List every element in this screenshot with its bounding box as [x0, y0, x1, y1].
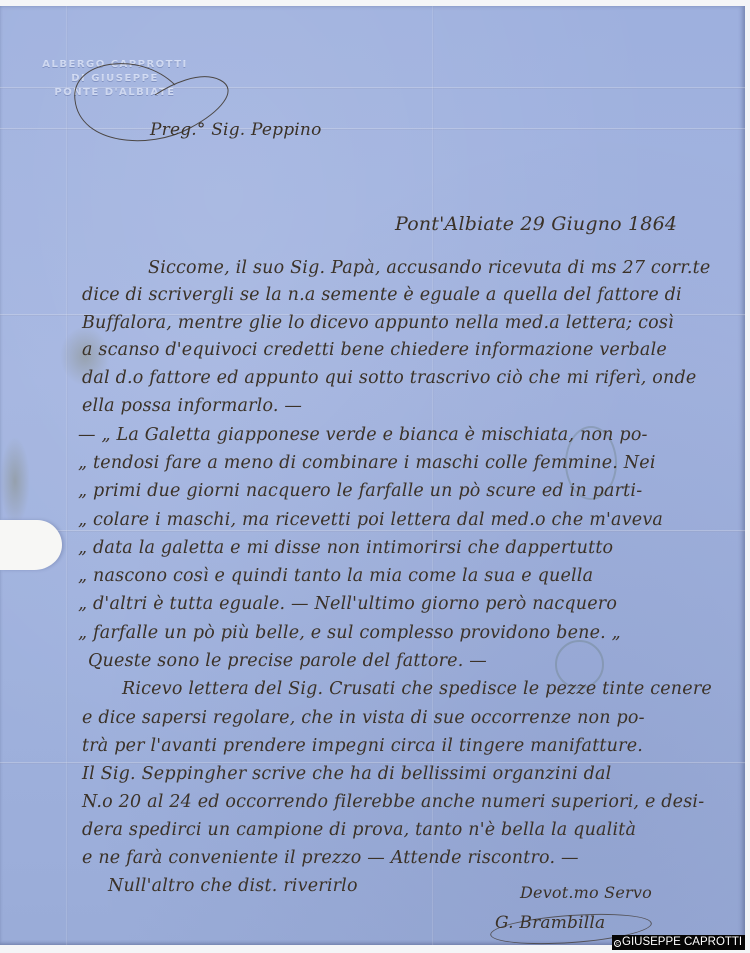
closing: Devot.mo Servo — [520, 883, 652, 902]
fold-crease — [0, 530, 745, 532]
quoted-line: — „ La Galetta giapponese verde e bianca… — [78, 425, 648, 445]
quoted-line: „ primi due giorni nacquero le farfalle … — [78, 481, 642, 501]
watermark-text: GIUSEPPE CAPROTTI — [622, 936, 742, 948]
body-line: a scanso d'equivoci credetti bene chiede… — [82, 340, 667, 360]
quoted-line: „ d'altri è tutta eguale. — Nell'ultimo … — [78, 594, 617, 614]
body-line: Il Sig. Seppingher scrive che ha di bell… — [82, 764, 611, 784]
dateline: Pont'Albiate 29 Giugno 1864 — [395, 213, 677, 235]
body-line: Buffalora, mentre glie lo dicevo appunto… — [82, 313, 674, 333]
body-line: N.o 20 al 24 ed occorrendo filerebbe anc… — [82, 792, 704, 812]
fold-crease — [66, 6, 68, 945]
copyright-watermark: cGIUSEPPE CAPROTTI — [612, 935, 745, 950]
copyright-icon: c — [614, 940, 621, 947]
body-line: dal d.o fattore ed appunto qui sotto tra… — [82, 368, 696, 388]
quoted-line: „ data la galetta e mi disse non intimor… — [78, 538, 613, 558]
quoted-line: „ farfalle un pò più belle, e sul comple… — [78, 623, 621, 643]
body-line: ella possa informarlo. — — [82, 396, 302, 416]
quoted-line: „ tendosi fare a meno di combinare i mas… — [78, 453, 656, 473]
salutation: Preg.° Sig. Peppino — [150, 120, 322, 140]
quoted-line: „ colare i maschi, ma ricevetti poi lett… — [78, 510, 663, 530]
ink-stain — [0, 436, 30, 526]
signature: G. Brambilla — [495, 913, 605, 933]
body-line: e ne farà conveniente il prezzo — Attend… — [82, 848, 579, 868]
body-line: Ricevo lettera del Sig. Crusati che sped… — [122, 679, 712, 699]
quoted-line: „ nascono così e quindi tanto la mia com… — [78, 566, 593, 586]
body-line: e dice sapersi regolare, che in vista di… — [82, 708, 645, 728]
body-line: Queste sono le precise parole del fattor… — [88, 651, 487, 671]
body-line: dera spedirci un campione di prova, tant… — [82, 820, 636, 840]
torn-hole — [0, 520, 62, 570]
body-line: dice di scrivergli se la n.a semente è e… — [82, 285, 682, 305]
body-line: trà per l'avanti prendere impegni circa … — [82, 736, 643, 756]
body-line: Null'altro che dist. riverirlo — [108, 876, 358, 896]
body-line: Siccome, il suo Sig. Papà, accusando ric… — [148, 258, 710, 278]
